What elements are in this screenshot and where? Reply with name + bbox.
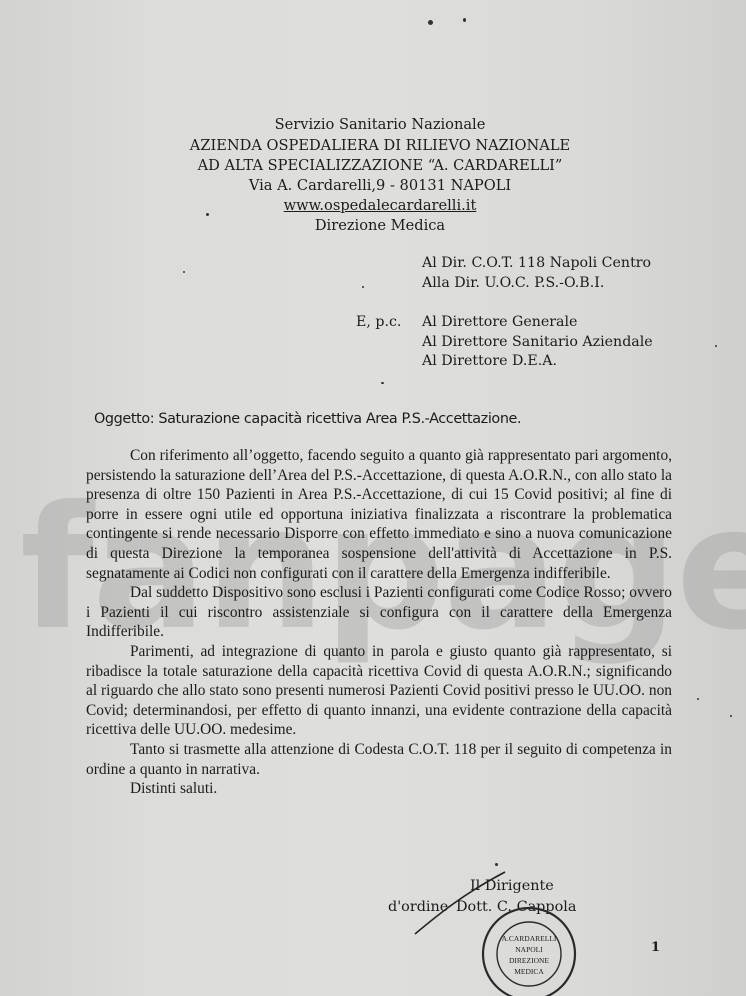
letterhead-website[interactable]: www.ospedalecardarelli.it (0, 197, 746, 214)
letterhead-specialization: AD ALTA SPECIALIZZAZIONE “A. CARDARELLI” (0, 157, 746, 174)
recipient-cc-1: Al Direttore Generale (422, 314, 577, 330)
speck (463, 18, 466, 22)
stamp-line: NAPOLI (515, 945, 543, 954)
recipient-to-2: Alla Dir. U.O.C. P.S.-O.B.I. (422, 275, 604, 291)
speck (381, 382, 384, 384)
document-page: fanpage.it Servizio Sanitario Nazionale … (0, 0, 746, 996)
recipient-cc-2: Al Direttore Sanitario Aziendale (422, 334, 653, 350)
speck (206, 213, 209, 216)
subject-line: Oggetto: Saturazione capacità ricettiva … (94, 411, 521, 427)
cc-label: E, p.c. (356, 314, 401, 330)
stamp-line: MEDICA (514, 967, 544, 976)
speck (730, 715, 732, 717)
recipient-to-1: Al Dir. C.O.T. 118 Napoli Centro (422, 255, 651, 271)
speck (362, 286, 364, 288)
paragraph: Distinti saluti. (86, 779, 672, 799)
letter-body: Con riferimento all’oggetto, facendo seg… (86, 446, 672, 799)
speck (183, 271, 185, 273)
speck (428, 20, 433, 25)
speck (697, 698, 699, 700)
recipient-cc-3: Al Direttore D.E.A. (422, 353, 557, 369)
speck (495, 863, 498, 866)
paragraph: Con riferimento all’oggetto, facendo seg… (86, 446, 672, 583)
letterhead-hospital: AZIENDA OSPEDALIERA DI RILIEVO NAZIONALE (0, 137, 746, 154)
speck (715, 345, 717, 347)
letterhead-address: Via A. Cardarelli,9 - 80131 NAPOLI (0, 177, 746, 194)
stamp-line: A.CARDARELLI (502, 934, 557, 943)
official-stamp: A.CARDARELLI NAPOLI DIREZIONE MEDICA (474, 905, 584, 996)
page-number: 1 (651, 940, 660, 955)
paragraph: Tanto si trasmette alla attenzione di Co… (86, 740, 672, 779)
paragraph: Dal suddetto Dispositivo sono esclusi i … (86, 583, 672, 642)
letterhead-service: Servizio Sanitario Nazionale (0, 116, 746, 133)
letterhead-department: Direzione Medica (0, 217, 746, 234)
paragraph: Parimenti, ad integrazione di quanto in … (86, 642, 672, 740)
stamp-line: DIREZIONE (509, 956, 549, 965)
